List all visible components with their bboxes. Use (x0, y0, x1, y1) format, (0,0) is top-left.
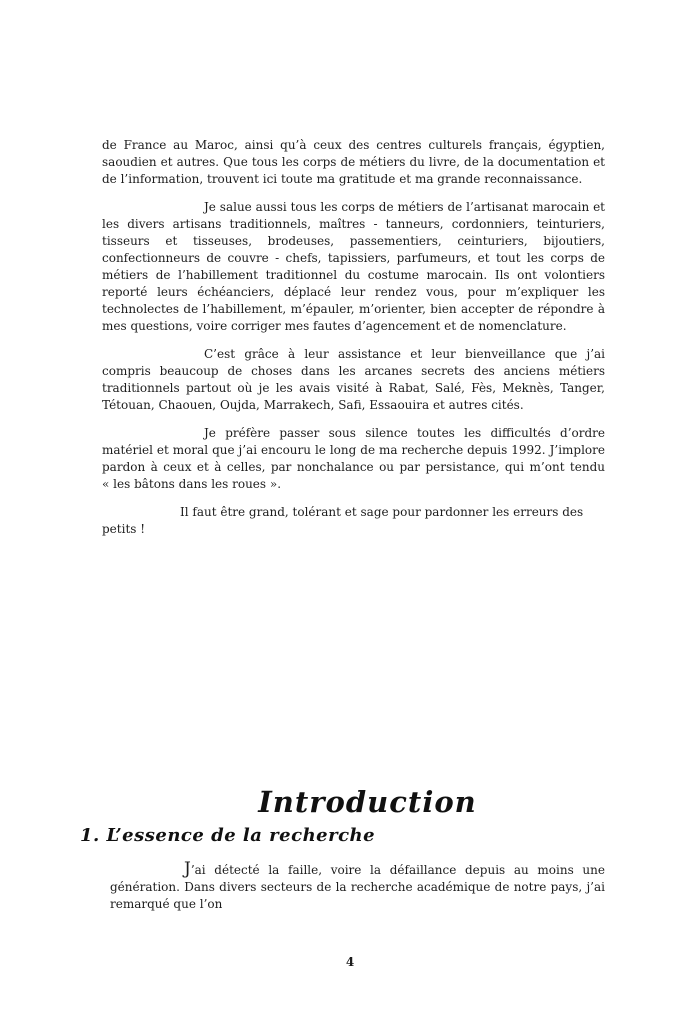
introduction-paragraph: J’ai détecté la faille, voire la défaill… (110, 861, 605, 913)
introduction-heading: Introduction (80, 784, 605, 820)
page-number: 4 (346, 955, 354, 969)
body-paragraph-continuation: de France au Maroc, ainsi qu’à ceux des … (102, 137, 605, 188)
document-page: de France au Maroc, ainsi qu’à ceux des … (0, 0, 700, 1028)
section-heading-essence-de-la-recherche: 1. L’essence de la recherche (80, 825, 605, 847)
paragraph-initial-letter: J (184, 859, 191, 879)
body-paragraph-artisans: Je salue aussi tous les corps de métiers… (102, 199, 605, 335)
closing-line: Il faut être grand, tolérant et sage pou… (102, 504, 605, 538)
body-paragraph-difficultes: Je préfère passer sous silence toutes le… (102, 425, 605, 493)
body-paragraph-assistance: C’est grâce à leur assistance et leur bi… (102, 346, 605, 414)
introduction-section: Introduction 1. L’essence de la recherch… (80, 784, 605, 913)
body-text-block: de France au Maroc, ainsi qu’à ceux des … (102, 137, 605, 538)
page-footer: 4 (0, 955, 700, 969)
